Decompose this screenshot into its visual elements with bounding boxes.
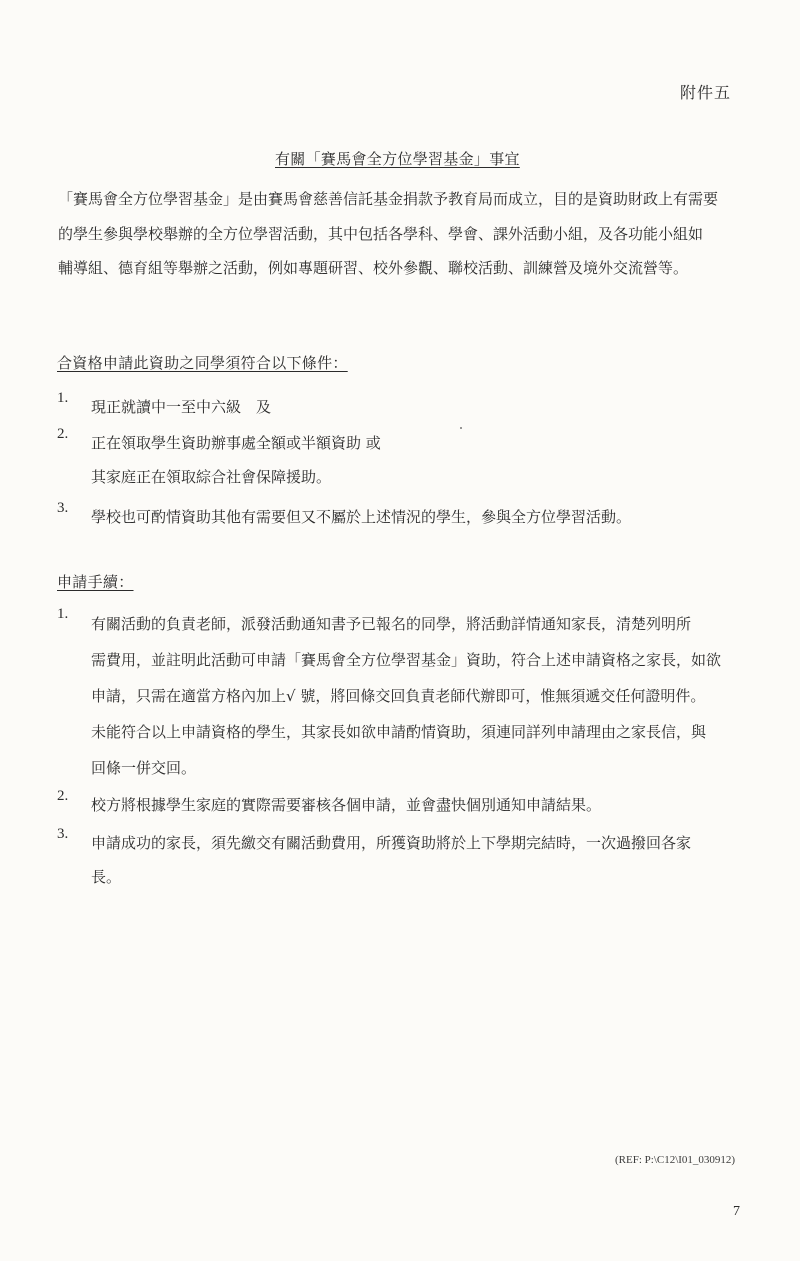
item-number: 1.: [57, 390, 87, 407]
item-text: 長。: [91, 860, 691, 894]
item-text: 現正就讀中一至中六級 及: [91, 390, 271, 424]
intro-line: 輔導組、德育組等舉辦之活動，例如專題研習、校外參觀、聯校活動、訓練營及境外交流營…: [58, 251, 758, 286]
procedure-heading: 申請手續：: [57, 571, 134, 592]
item-text: 未能符合以上申請資格的學生，其家長如欲申請酌情資助，須連同詳列申請理由之家長信，…: [91, 714, 721, 750]
document-title: 有關「賽馬會全方位學習基金」事宜: [275, 148, 520, 169]
item-text: 申請，只需在適當方格內加上√ 號，將回條交回負責老師代辦即可，惟無須遞交任何證明…: [91, 678, 721, 714]
item-text: 正在領取學生資助辦事處全額或半額資助 或: [91, 426, 381, 460]
item-number: 2.: [57, 426, 87, 443]
scan-speck: [460, 427, 462, 429]
intro-paragraph: 「賽馬會全方位學習基金」是由賽馬會慈善信託基金捐款予教育局而成立，目的是資助財政…: [58, 182, 758, 286]
item-text: 申請成功的家長，須先繳交有關活動費用，所獲資助將於上下學期完結時，一次過撥回各家: [91, 826, 691, 860]
item-number: 3.: [57, 500, 87, 517]
intro-line: 「賽馬會全方位學習基金」是由賽馬會慈善信託基金捐款予教育局而成立，目的是資助財政…: [58, 182, 758, 217]
reference-code: (REF: P:\C12\I01_030912): [615, 1154, 735, 1166]
item-number: 2.: [57, 788, 87, 805]
eligibility-heading: 合資格申請此資助之同學須符合以下條件：: [57, 352, 348, 373]
page-number: 7: [733, 1204, 740, 1220]
item-text: 回條一併交回。: [91, 750, 721, 786]
item-text: 校方將根據學生家庭的實際需要審核各個申請，並會盡快個別通知申請結果。: [91, 788, 601, 822]
item-number: 1.: [57, 606, 87, 623]
item-text: 其家庭正在領取綜合社會保障援助。: [91, 460, 381, 494]
item-text: 需費用，並註明此活動可申請「賽馬會全方位學習基金」資助，符合上述申請資格之家長，…: [91, 642, 721, 678]
item-text: 學校也可酌情資助其他有需要但又不屬於上述情況的學生，參與全方位學習活動。: [91, 500, 631, 534]
item-number: 3.: [57, 826, 87, 843]
item-text: 有關活動的負責老師，派發活動通知書予已報名的同學，將活動詳情通知家長，清楚列明所: [91, 606, 721, 642]
annex-label: 附件五: [680, 80, 731, 103]
intro-line: 的學生參與學校舉辦的全方位學習活動，其中包括各學科、學會、課外活動小組，及各功能…: [58, 217, 758, 252]
